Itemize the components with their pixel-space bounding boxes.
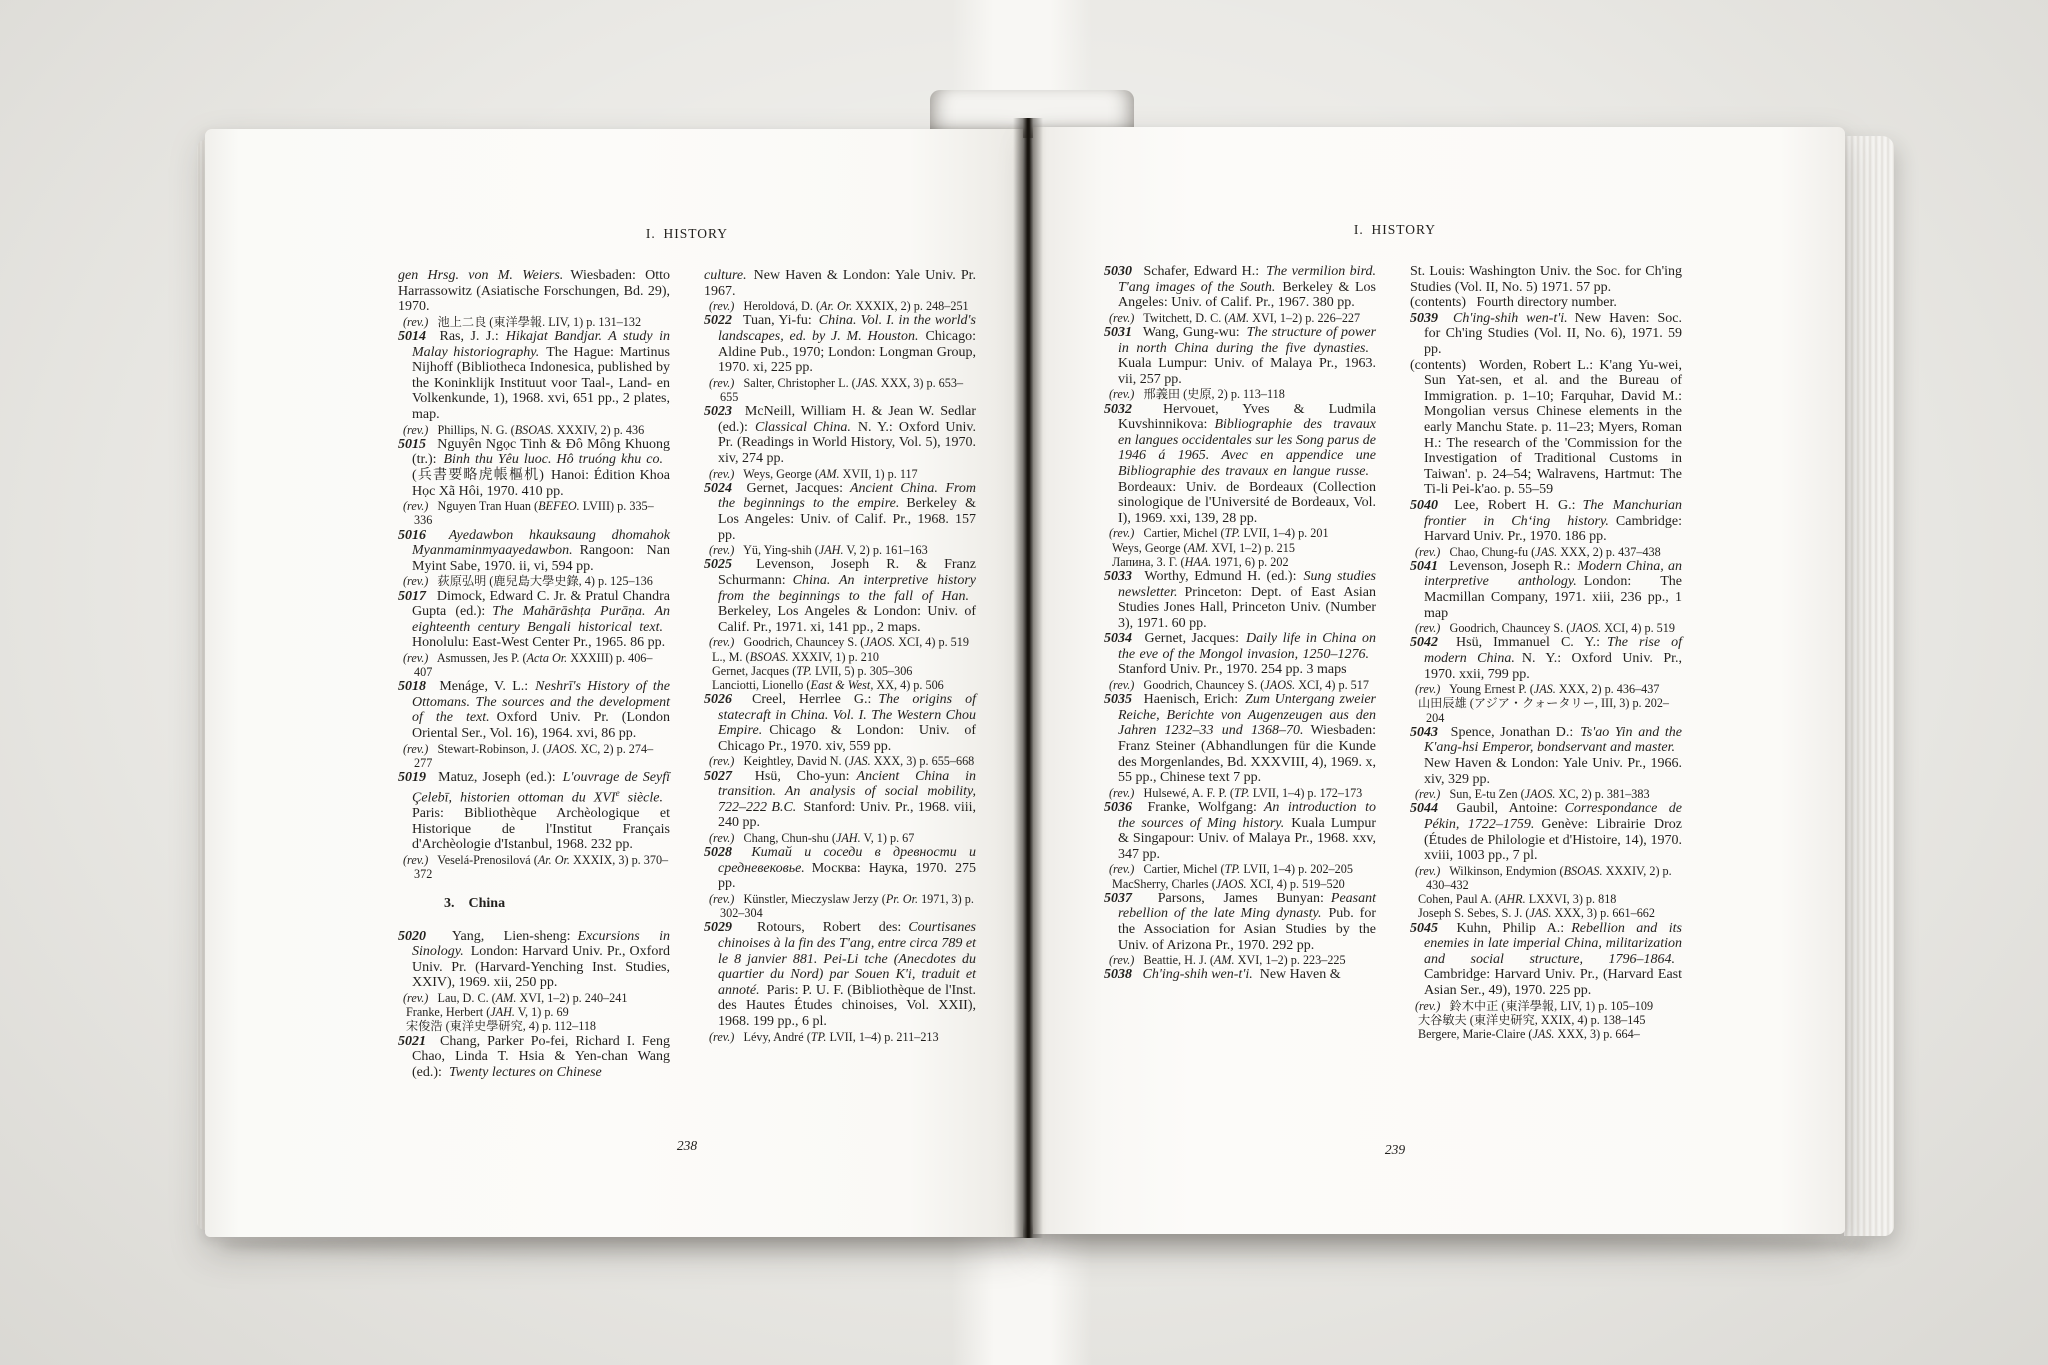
text-segment: Yü, Ying-shih ( bbox=[734, 543, 818, 557]
review-line: (rev.) Stewart-Robinson, J. (JAOS. XC, 2… bbox=[398, 742, 670, 770]
text-segment: AHR. bbox=[1499, 892, 1526, 906]
text-segment: XXX, 3) p. 664– bbox=[1554, 1027, 1639, 1041]
bibliography-entry: 5021 Chang, Parker Po-fei, Richard I. Fe… bbox=[398, 1034, 670, 1081]
text-segment: BEFEO. bbox=[538, 499, 580, 513]
text-segment: (rev.) bbox=[1415, 999, 1440, 1013]
review-line: 山田辰雄 (アジア・クォータリー, III, 3) p. 202–204 bbox=[1410, 696, 1682, 724]
text-segment: XXXIV, 1) p. 210 bbox=[789, 650, 880, 664]
bibliography-entry: 5020 Yang, Lien-sheng: Excursions in Sin… bbox=[398, 929, 670, 991]
text-segment: Lau, D. C. ( bbox=[428, 991, 495, 1005]
text-segment: Heroldová, D. ( bbox=[734, 299, 820, 313]
text-segment: JAS. bbox=[1534, 682, 1556, 696]
text-segment: 邢義田 (史原, 2) p. 113–118 bbox=[1134, 387, 1284, 401]
text-segment: Beattie, H. J. ( bbox=[1134, 953, 1214, 967]
review-line: (rev.) Twitchett, D. C. (AM. XVI, 1–2) p… bbox=[1104, 311, 1376, 325]
review-line: Lanciotti, Lionello (East & West, XX, 4)… bbox=[704, 678, 976, 692]
text-segment: JAS. bbox=[856, 376, 878, 390]
text-segment: Ras, J. J.: bbox=[426, 329, 506, 344]
text-segment: Ar. Or. bbox=[538, 853, 570, 867]
review-line: (rev.) 邢義田 (史原, 2) p. 113–118 bbox=[1104, 387, 1376, 401]
text-segment: (contents) Worden, Robert L.: K'ang Yu-w… bbox=[1410, 358, 1682, 498]
review-line: (rev.) Beattie, H. J. (AM. XVI, 1–2) p. … bbox=[1104, 953, 1376, 967]
review-line: (rev.) Phillips, N. G. (BSOAS. XXXIV, 2)… bbox=[398, 423, 670, 437]
text-segment: Franke, Herbert ( bbox=[406, 1005, 490, 1019]
text-segment: 荻原弘明 (鹿兒島大學史錄, 4) p. 125–136 bbox=[428, 574, 652, 588]
text-segment: 5033 bbox=[1104, 569, 1132, 584]
text-segment: Phillips, N. G. ( bbox=[428, 423, 514, 437]
text-segment: V, 2) p. 161–163 bbox=[844, 543, 928, 557]
text-segment: Wilkinson, Endymion ( bbox=[1440, 864, 1563, 878]
text-segment: (rev.) bbox=[1109, 862, 1134, 876]
text-segment: Levenson, Joseph R.: bbox=[1438, 559, 1577, 574]
text-segment: Goodrich, Chauncey S. ( bbox=[1440, 621, 1570, 635]
text-segment: 3. China bbox=[444, 896, 505, 911]
text-segment: JAOS. bbox=[1570, 621, 1601, 635]
text-segment: XCI, 4) p. 519 bbox=[1601, 621, 1675, 635]
text-segment: XXX, 3) p. 661–662 bbox=[1551, 906, 1655, 920]
text-segment: XXX, 2) p. 436–437 bbox=[1556, 682, 1660, 696]
text-segment: 5039 bbox=[1410, 311, 1438, 326]
text-segment: 池上二良 (東洋學報. LIV, 1) p. 131–132 bbox=[428, 315, 641, 329]
bibliography-entry: 5038 Ch'ing-shih wen-t'i. New Haven & bbox=[1104, 967, 1376, 983]
text-segment: BSOAS. bbox=[515, 423, 554, 437]
text-segment: 5015 bbox=[398, 437, 426, 452]
text-segment: 5037 bbox=[1104, 891, 1132, 906]
text-segment: LXXVI, 3) p. 818 bbox=[1526, 892, 1617, 906]
text-segment: (rev.) bbox=[709, 754, 734, 768]
text-segment: XXX, 2) p. 437–438 bbox=[1557, 545, 1661, 559]
text-segment: (rev.) bbox=[403, 651, 428, 665]
running-head-right: I. HISTORY bbox=[1104, 222, 1686, 238]
text-segment: 5042 bbox=[1410, 635, 1438, 650]
text-segment: Lévy, André ( bbox=[734, 1030, 810, 1044]
text-segment: 5029 bbox=[704, 920, 732, 935]
text-segment: JAOS. bbox=[864, 635, 895, 649]
text-segment: Asmussen, Jes P. ( bbox=[428, 651, 526, 665]
text-segment: V, 1) p. 69 bbox=[515, 1005, 569, 1019]
text-segment: gen Hrsg. von M. Weiers. bbox=[398, 268, 563, 283]
running-head-left: I. HISTORY bbox=[398, 226, 976, 242]
text-segment: 5023 bbox=[704, 404, 732, 419]
text-segment: Wang, Gung-wu: bbox=[1132, 325, 1247, 340]
text-segment: TP. bbox=[811, 1030, 827, 1044]
review-line: (rev.) Lévy, André (TP. LVII, 1–4) p. 21… bbox=[704, 1030, 976, 1044]
text-segment: XCI, 4) p. 517 bbox=[1295, 678, 1369, 692]
text-segment: Gernet, Jacques: bbox=[1132, 631, 1246, 646]
text-segment: JAS. bbox=[1529, 906, 1551, 920]
text-segment: (rev.) bbox=[1415, 864, 1440, 878]
text-segment: Lanciotti, Lionello ( bbox=[712, 678, 811, 692]
text-segment: (rev.) bbox=[709, 467, 734, 481]
text-segment: 5041 bbox=[1410, 559, 1438, 574]
text-segment: 5019 bbox=[398, 770, 426, 785]
contents-line: (contents) Worden, Robert L.: K'ang Yu-w… bbox=[1410, 358, 1682, 498]
contents-line: (contents) Fourth directory number. bbox=[1410, 295, 1682, 311]
review-line: (rev.) Veselá-Prenosilová (Ar. Or. XXXIX… bbox=[398, 853, 670, 881]
text-segment: 5026 bbox=[704, 692, 732, 707]
text-segment: Stewart-Robinson, J. ( bbox=[428, 742, 546, 756]
text-segment: 5032 bbox=[1104, 402, 1132, 417]
text-segment: Goodrich, Chauncey S. ( bbox=[1134, 678, 1264, 692]
review-line: (rev.) Wilkinson, Endymion (BSOAS. XXXIV… bbox=[1410, 864, 1682, 892]
text-segment: Gernet, Jacques ( bbox=[712, 664, 796, 678]
text-segment: Chao, Chung-fu ( bbox=[1440, 545, 1535, 559]
text-segment: Matuz, Joseph (ed.): bbox=[426, 770, 563, 785]
text-segment: Yang, Lien-sheng: bbox=[426, 929, 578, 944]
text-segment: Twitchett, D. C. ( bbox=[1134, 311, 1228, 325]
text-segment: 1971, 6) p. 202 bbox=[1211, 555, 1288, 569]
review-line: (rev.) Hulsewé, A. F. P. (TP. LVII, 1–4)… bbox=[1104, 786, 1376, 800]
text-segment: AM. bbox=[1214, 953, 1235, 967]
text-segment: (rev.) bbox=[1415, 621, 1440, 635]
left-page-columns: gen Hrsg. von M. Weiers. Wiesbaden: Otto… bbox=[398, 268, 976, 1080]
text-segment: Binh thu Yêu luoc. Hô truóng khu co. bbox=[444, 452, 664, 467]
text-segment: 山田辰雄 (アジア・クォータリー, III, 3) p. 202–204 bbox=[1418, 696, 1669, 724]
text-segment: (rev.) bbox=[1415, 787, 1440, 801]
text-segment: Sun, E-tu Zen ( bbox=[1440, 787, 1524, 801]
bibliography-entry: 5024 Gernet, Jacques: Ancient China. Fro… bbox=[704, 481, 976, 543]
text-segment: XC, 2) p. 381–383 bbox=[1555, 787, 1649, 801]
text-segment: (rev.) bbox=[1109, 786, 1134, 800]
text-segment: , XX, 4) p. 506 bbox=[870, 678, 943, 692]
review-line: (rev.) Yü, Ying-shih (JAH. V, 2) p. 161–… bbox=[704, 543, 976, 557]
review-line: Franke, Herbert (JAH. V, 1) p. 69 bbox=[398, 1005, 670, 1019]
review-line: (rev.) Lau, D. C. (AM. XVI, 1–2) p. 240–… bbox=[398, 991, 670, 1005]
bibliography-entry: 5015 Nguyên Ngọc Tinh & Đô Mông Khuong (… bbox=[398, 437, 670, 499]
text-segment: XVI, 1–2) p. 226–227 bbox=[1249, 311, 1360, 325]
review-line: 宋俊浩 (東洋史學研究, 4) p. 112–118 bbox=[398, 1019, 670, 1033]
text-segment: 5043 bbox=[1410, 725, 1438, 740]
text-segment: 鈴木中正 (東洋學報, LIV, 1) p. 105–109 bbox=[1440, 999, 1653, 1013]
review-line: (rev.) Nguyen Tran Huan (BEFEO. LVIII) p… bbox=[398, 499, 670, 527]
text-segment: Parsons, James Bunyan: bbox=[1132, 891, 1331, 906]
text-segment: (rev.) bbox=[403, 853, 428, 867]
text-segment: East & West bbox=[811, 678, 871, 692]
text-segment: Classical China. bbox=[755, 420, 851, 435]
text-segment: MacSherry, Charles ( bbox=[1112, 877, 1216, 891]
text-segment: 宋俊浩 (東洋史學研究, 4) p. 112–118 bbox=[406, 1019, 596, 1033]
text-segment: Lee, Robert H. G.: bbox=[1438, 498, 1583, 513]
review-line: Gernet, Jacques (TP. LVII, 5) p. 305–306 bbox=[704, 664, 976, 678]
text-segment: LVII, 1–4) p. 172–173 bbox=[1250, 786, 1363, 800]
text-segment: 5038 bbox=[1104, 967, 1132, 982]
review-line: L., M. (BSOAS. XXXIV, 1) p. 210 bbox=[704, 650, 976, 664]
text-segment: Young Ernest P. ( bbox=[1440, 682, 1533, 696]
review-line: (rev.) Goodrich, Chauncey S. (JAOS. XCI,… bbox=[1410, 621, 1682, 635]
text-segment: (rev.) bbox=[1109, 953, 1134, 967]
text-segment: (rev.) bbox=[1415, 545, 1440, 559]
left-page-text-block: I. HISTORY gen Hrsg. von M. Weiers. Wies… bbox=[398, 226, 976, 1080]
text-segment: (rev.) bbox=[403, 499, 428, 513]
text-segment: JAOS. bbox=[547, 742, 578, 756]
text-segment: Rotours, Robert des: bbox=[732, 920, 908, 935]
text-segment: Cartier, Michel ( bbox=[1134, 526, 1224, 540]
text-segment: LVII, 1–4) p. 211–213 bbox=[826, 1030, 938, 1044]
review-line: (rev.) Künstler, Mieczyslaw Jerzy (Pr. O… bbox=[704, 892, 976, 920]
left-page-column-2: culture. New Haven & London: Yale Univ. … bbox=[704, 268, 976, 1080]
bibliography-entry: 5035 Haenisch, Erich: Zum Untergang zwei… bbox=[1104, 692, 1376, 786]
text-segment: Weys, George ( bbox=[1112, 541, 1188, 555]
text-segment: BSOAS. bbox=[750, 650, 789, 664]
text-segment: 5017 bbox=[398, 589, 426, 604]
text-segment: (rev.) bbox=[709, 831, 734, 845]
text-segment: 5035 bbox=[1104, 692, 1132, 707]
text-segment: AM. bbox=[819, 467, 840, 481]
bibliography-entry: 5044 Gaubil, Antoine: Correspondance de … bbox=[1410, 801, 1682, 863]
text-segment: XVI, 1–2) p. 240–241 bbox=[516, 991, 627, 1005]
text-segment: XCI, 4) p. 519 bbox=[895, 635, 969, 649]
text-segment: AM. bbox=[1188, 541, 1209, 555]
text-segment: (rev.) bbox=[709, 543, 734, 557]
review-line: (rev.) 鈴木中正 (東洋學報, LIV, 1) p. 105–109 bbox=[1410, 999, 1682, 1013]
text-segment: (rev.) bbox=[709, 376, 734, 390]
text-segment: JAOS. bbox=[1525, 787, 1556, 801]
text-segment: 5034 bbox=[1104, 631, 1132, 646]
text-segment: AM. bbox=[496, 991, 517, 1005]
text-segment: XVI, 1–2) p. 215 bbox=[1208, 541, 1295, 555]
bibliography-entry: 5027 Hsü, Cho-yun: Ancient China in tran… bbox=[704, 769, 976, 831]
text-segment: Goodrich, Chauncey S. ( bbox=[734, 635, 864, 649]
text-segment: 5025 bbox=[704, 557, 732, 572]
text-segment: Hsü, Immanuel C. Y.: bbox=[1438, 635, 1607, 650]
review-line: (rev.) Sun, E-tu Zen (JAOS. XC, 2) p. 38… bbox=[1410, 787, 1682, 801]
bibliography-entry: 5026 Creel, Herrlee G.: The origins of s… bbox=[704, 692, 976, 754]
right-page-column-1: 5030 Schafer, Edward H.: The vermilion b… bbox=[1104, 264, 1376, 1041]
text-segment: Joseph S. Sebes, S. J. ( bbox=[1418, 906, 1529, 920]
text-segment: Weys, George ( bbox=[734, 467, 819, 481]
bibliography-entry: 5037 Parsons, James Bunyan: Peasant rebe… bbox=[1104, 891, 1376, 953]
text-segment: (rev.) bbox=[403, 423, 428, 437]
bibliography-entry: 5030 Schafer, Edward H.: The vermilion b… bbox=[1104, 264, 1376, 311]
text-segment: JAH. bbox=[819, 543, 844, 557]
text-segment: Ar. Or. bbox=[820, 299, 852, 313]
text-segment: LVII, 1–4) p. 202–205 bbox=[1240, 862, 1353, 876]
text-segment: 5031 bbox=[1104, 325, 1132, 340]
left-page-column-1: gen Hrsg. von M. Weiers. Wiesbaden: Otto… bbox=[398, 268, 670, 1080]
bibliography-entry: 5022 Tuan, Yi-fu: China. Vol. I. in the … bbox=[704, 313, 976, 375]
text-segment: (rev.) bbox=[709, 1030, 734, 1044]
text-segment: Worthy, Edmund H. (ed.): bbox=[1132, 569, 1303, 584]
bibliography-entry: 5042 Hsü, Immanuel C. Y.: The rise of mo… bbox=[1410, 635, 1682, 682]
review-line: (rev.) Weys, George (AM. XVII, 1) p. 117 bbox=[704, 467, 976, 481]
text-segment: (rev.) bbox=[1109, 678, 1134, 692]
book-spine-gutter bbox=[1013, 118, 1043, 1238]
text-segment: St. Louis: Washington Univ. the Soc. for… bbox=[1410, 264, 1682, 295]
text-segment: Gaubil, Antoine: bbox=[1438, 801, 1565, 816]
review-line: (rev.) Salter, Christopher L. (JAS. XXX,… bbox=[704, 376, 976, 404]
text-segment: Hsü, Cho-yun: bbox=[732, 769, 857, 784]
page-number-right: 239 bbox=[1104, 1142, 1686, 1158]
bibliography-entry: 5031 Wang, Gung-wu: The structure of pow… bbox=[1104, 325, 1376, 387]
review-line: (rev.) Asmussen, Jes P. (Acta Or. XXXIII… bbox=[398, 651, 670, 679]
bibliography-entry: 5032 Hervouet, Yves & Ludmila Kuvshinnik… bbox=[1104, 402, 1376, 527]
text-segment: JAH. bbox=[490, 1005, 515, 1019]
text-segment: 5028 bbox=[704, 845, 732, 860]
text-segment: (rev.) bbox=[403, 574, 428, 588]
entry-continuation: St. Louis: Washington Univ. the Soc. for… bbox=[1410, 264, 1682, 295]
text-segment: (rev.) bbox=[709, 299, 734, 313]
text-segment: JAOS. bbox=[1264, 678, 1295, 692]
text-segment: 5030 bbox=[1104, 264, 1132, 279]
text-segment: V, 1) p. 67 bbox=[861, 831, 915, 845]
bibliography-entry: 5034 Gernet, Jacques: Daily life in Chin… bbox=[1104, 631, 1376, 678]
text-segment: Ch'ing-shih wen-t'i. bbox=[1453, 311, 1568, 326]
text-segment: Tuan, Yi-fu: bbox=[732, 313, 819, 328]
review-line: (rev.) Chao, Chung-fu (JAS. XXX, 2) p. 4… bbox=[1410, 545, 1682, 559]
text-segment: XVI, 1–2) p. 223–225 bbox=[1235, 953, 1346, 967]
text-segment: TP. bbox=[1234, 786, 1250, 800]
text-segment: JAS. bbox=[849, 754, 871, 768]
text-segment: siècle. bbox=[620, 790, 663, 805]
text-segment: (rev.) bbox=[1109, 387, 1134, 401]
text-segment: Acta Or. bbox=[527, 651, 568, 665]
review-line: (rev.) Keightley, David N. (JAS. XXX, 3)… bbox=[704, 754, 976, 768]
review-line: Bergere, Marie-Claire (JAS. XXX, 3) p. 6… bbox=[1410, 1027, 1682, 1041]
review-line: Лапина, З. Г. (HAA. 1971, 6) p. 202 bbox=[1104, 555, 1376, 569]
text-segment bbox=[732, 845, 751, 860]
text-segment: 5020 bbox=[398, 929, 426, 944]
page-number-left: 238 bbox=[398, 1138, 976, 1154]
text-segment: Nguyen Tran Huan ( bbox=[428, 499, 538, 513]
text-segment: Künstler, Mieczyslaw Jerzy ( bbox=[734, 892, 885, 906]
text-segment: JAS. bbox=[1535, 545, 1557, 559]
bibliography-entry: 5023 McNeill, William H. & Jean W. Sedla… bbox=[704, 404, 976, 466]
bibliography-entry: 5039 Ch'ing-shih wen-t'i. New Haven: Soc… bbox=[1410, 311, 1682, 358]
text-segment: Chang, Chun-shu ( bbox=[734, 831, 836, 845]
text-segment: BSOAS. bbox=[1564, 864, 1603, 878]
text-segment: 大谷敏夫 (東洋史研究, XXIX, 4) p. 138–145 bbox=[1418, 1013, 1646, 1027]
text-segment: Twenty lectures on Chinese bbox=[449, 1065, 602, 1080]
text-segment: Kuhn, Philip A.: bbox=[1438, 921, 1571, 936]
review-line: MacSherry, Charles (JAOS. XCI, 4) p. 519… bbox=[1104, 877, 1376, 891]
text-segment: Spence, Jonathan D.: bbox=[1438, 725, 1580, 740]
text-segment: Gernet, Jacques: bbox=[732, 481, 850, 496]
text-segment: Veselá-Prenosilová ( bbox=[428, 853, 537, 867]
text-segment: AM. bbox=[1228, 311, 1249, 325]
review-line: Weys, George (AM. XVI, 1–2) p. 215 bbox=[1104, 541, 1376, 555]
text-segment: (rev.) bbox=[709, 635, 734, 649]
text-segment bbox=[426, 528, 449, 543]
bibliography-entry: 5029 Rotours, Robert des: Courtisanes ch… bbox=[704, 920, 976, 1029]
bibliography-entry: 5045 Kuhn, Philip A.: Rebellion and its … bbox=[1410, 921, 1682, 999]
text-segment: 5036 bbox=[1104, 800, 1132, 815]
right-page-columns: 5030 Schafer, Edward H.: The vermilion b… bbox=[1104, 264, 1686, 1041]
text-segment: Ch'ing-shih wen-t'i. bbox=[1143, 967, 1253, 982]
entry-continuation: culture. New Haven & London: Yale Univ. … bbox=[704, 268, 976, 299]
text-segment: (contents) Fourth directory number. bbox=[1410, 295, 1617, 310]
bibliography-entry: 5043 Spence, Jonathan D.: Ts'ao Yin and … bbox=[1410, 725, 1682, 787]
bibliography-entry: 5040 Lee, Robert H. G.: The Manchurian f… bbox=[1410, 498, 1682, 545]
text-segment: 5045 bbox=[1410, 921, 1438, 936]
review-line: (rev.) Cartier, Michel (TP. LVII, 1–4) p… bbox=[1104, 526, 1376, 540]
text-segment: TP. bbox=[796, 664, 812, 678]
text-segment bbox=[1438, 311, 1453, 326]
text-segment: (rev.) bbox=[403, 742, 428, 756]
bibliography-entry: 5016 Ayedawbon hkauksaung dhomahok Myanm… bbox=[398, 528, 670, 575]
text-segment: 5044 bbox=[1410, 801, 1438, 816]
review-line: (rev.) Chang, Chun-shu (JAH. V, 1) p. 67 bbox=[704, 831, 976, 845]
text-segment: Menáge, V. L.: bbox=[426, 679, 535, 694]
text-segment: 5022 bbox=[704, 313, 732, 328]
bibliography-entry: 5014 Ras, J. J.: Hikajat Bandjar. A stud… bbox=[398, 329, 670, 423]
right-page-text-block: I. HISTORY 5030 Schafer, Edward H.: The … bbox=[1104, 222, 1686, 1041]
text-segment: 5027 bbox=[704, 769, 732, 784]
text-segment: Лапина, З. Г. ( bbox=[1112, 555, 1185, 569]
review-line: (rev.) Young Ernest P. (JAS. XXX, 2) p. … bbox=[1410, 682, 1682, 696]
text-segment: 5040 bbox=[1410, 498, 1438, 513]
text-segment: (rev.) bbox=[1109, 526, 1134, 540]
text-segment: 5021 bbox=[398, 1034, 426, 1049]
bibliography-entry: 5018 Menáge, V. L.: Neshrī's History of … bbox=[398, 679, 670, 741]
text-segment: Cohen, Paul A. ( bbox=[1418, 892, 1499, 906]
text-segment: L., M. ( bbox=[712, 650, 750, 664]
text-segment: Pr. Or. bbox=[886, 892, 918, 906]
text-segment: JAS. bbox=[1532, 1027, 1554, 1041]
review-line: (rev.) 池上二良 (東洋學報. LIV, 1) p. 131–132 bbox=[398, 315, 670, 329]
bibliography-entry: 5033 Worthy, Edmund H. (ed.): Sung studi… bbox=[1104, 569, 1376, 631]
text-segment: JAOS. bbox=[1216, 877, 1247, 891]
right-page-column-2: St. Louis: Washington Univ. the Soc. for… bbox=[1410, 264, 1682, 1041]
bibliography-entry: 5017 Dimock, Edward C. Jr. & Pratul Chan… bbox=[398, 589, 670, 651]
review-line: (rev.) 荻原弘明 (鹿兒島大學史錄, 4) p. 125–136 bbox=[398, 574, 670, 588]
text-segment: Franke, Wolfgang: bbox=[1132, 800, 1264, 815]
text-segment: (rev.) bbox=[1415, 682, 1440, 696]
bibliography-entry: 5036 Franke, Wolfgang: An introduction t… bbox=[1104, 800, 1376, 862]
right-fore-edge-stack bbox=[1844, 136, 1894, 1236]
text-segment: Salter, Christopher L. ( bbox=[734, 376, 855, 390]
text-segment: Haenisch, Erich: bbox=[1132, 692, 1245, 707]
review-line: (rev.) Goodrich, Chauncey S. (JAOS. XCI,… bbox=[1104, 678, 1376, 692]
review-line: Cohen, Paul A. (AHR. LXXVI, 3) p. 818 bbox=[1410, 892, 1682, 906]
text-segment: XXXIX, 2) p. 248–251 bbox=[852, 299, 968, 313]
text-segment: Hulsewé, A. F. P. ( bbox=[1134, 786, 1234, 800]
text-segment: (rev.) bbox=[1109, 311, 1134, 325]
text-segment: New Haven & bbox=[1253, 967, 1341, 982]
bibliography-entry: 5025 Levenson, Joseph R. & Franz Schurma… bbox=[704, 557, 976, 635]
text-segment bbox=[1132, 967, 1143, 982]
review-line: (rev.) Heroldová, D. (Ar. Or. XXXIX, 2) … bbox=[704, 299, 976, 313]
text-segment: HAA. bbox=[1185, 555, 1212, 569]
text-segment: (rev.) bbox=[403, 315, 428, 329]
text-segment: Schafer, Edward H.: bbox=[1132, 264, 1266, 279]
review-line: 大谷敏夫 (東洋史研究, XXIX, 4) p. 138–145 bbox=[1410, 1013, 1682, 1027]
section-heading: 3. China bbox=[398, 896, 670, 912]
text-segment: LVII, 5) p. 305–306 bbox=[812, 664, 912, 678]
text-segment: Cartier, Michel ( bbox=[1134, 862, 1224, 876]
bibliography-entry: 5019 Matuz, Joseph (ed.): L'ouvrage de S… bbox=[398, 770, 670, 853]
text-segment: XXX, 3) p. 655–668 bbox=[871, 754, 975, 768]
text-segment: XVII, 1) p. 117 bbox=[840, 467, 918, 481]
text-segment: 5016 bbox=[398, 528, 426, 543]
text-segment: 5014 bbox=[398, 329, 426, 344]
bibliography-entry: 5041 Levenson, Joseph R.: Modern China, … bbox=[1410, 559, 1682, 621]
review-line: (rev.) Goodrich, Chauncey S. (JAOS. XCI,… bbox=[704, 635, 976, 649]
review-line: Joseph S. Sebes, S. J. (JAS. XXX, 3) p. … bbox=[1410, 906, 1682, 920]
text-segment: (rev.) bbox=[709, 892, 734, 906]
entry-continuation: gen Hrsg. von M. Weiers. Wiesbaden: Otto… bbox=[398, 268, 670, 315]
text-segment: Keightley, David N. ( bbox=[734, 754, 848, 768]
text-segment: TP. bbox=[1225, 862, 1241, 876]
text-segment: culture. bbox=[704, 268, 747, 283]
review-line: (rev.) Cartier, Michel (TP. LVII, 1–4) p… bbox=[1104, 862, 1376, 876]
text-segment: TP. bbox=[1225, 526, 1241, 540]
text-segment: JAH. bbox=[836, 831, 861, 845]
text-segment: XCI, 4) p. 519–520 bbox=[1247, 877, 1345, 891]
text-segment: Bergere, Marie-Claire ( bbox=[1418, 1027, 1532, 1041]
bibliography-entry: 5028 Китай и соседи в древности и средне… bbox=[704, 845, 976, 892]
text-segment: LVII, 1–4) p. 201 bbox=[1240, 526, 1328, 540]
text-segment: (rev.) bbox=[403, 991, 428, 1005]
